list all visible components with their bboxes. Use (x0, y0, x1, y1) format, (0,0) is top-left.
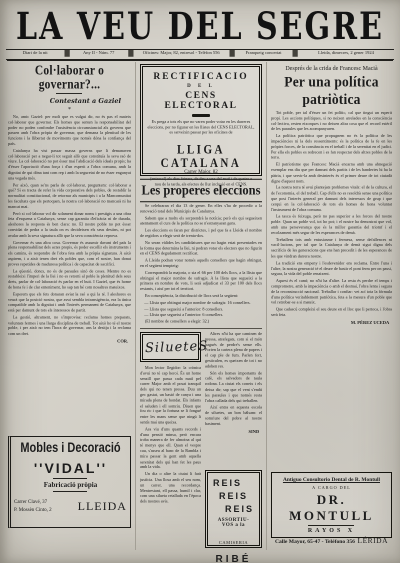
montull-rayos-x: RAYOS X (275, 528, 388, 534)
vidal-ad-address-2: P. Mossèn Cinto, 2 (14, 507, 52, 515)
montull-header: Antiguo Consultorio Dental de R. Montull (275, 477, 388, 483)
divider (308, 525, 354, 526)
dateline-office: Oficines: Major, 82, entresol - Telèfon … (133, 50, 229, 57)
left-article-body: No, amic Gaziel: per molt que es vulgui … (8, 115, 131, 431)
right-article-kicker: Després de la crida de Francesc Macià (271, 66, 392, 72)
masthead: LA VEU DEL SEGRE (0, 0, 400, 39)
siluetes-left-subcolumn: SilueteS Mon lector llegidor: la crònica… (140, 332, 201, 548)
lliga-catalana-name: LLIGA CATALANA (147, 144, 255, 170)
siluetes-right-text: Altres n'hi ha que caminen de pressa, at… (205, 332, 262, 428)
reis-shop-name: RIBÉ (216, 554, 252, 563)
columns: Col·laborar o governar?... Contestant a … (4, 62, 396, 550)
right-article-signature: M. PÉREZ UCEDA (271, 320, 389, 325)
eleccions-closing: (El nombre de consellers a elegir: 32.)P… (140, 320, 262, 325)
rectificacio-body: Es prega a tots els que no varen poder v… (147, 120, 255, 136)
left-article-headline: Col·laborar o governar?... (8, 64, 131, 92)
rectificacio-title: RECTIFICACIO (147, 72, 255, 82)
divider (56, 93, 82, 94)
vidal-ad-line1: Mobles i Decoració (14, 441, 127, 456)
divider (140, 328, 262, 329)
right-column: Després de la crida de Francesc Macià Pe… (267, 62, 396, 550)
left-article-signature: COR. (8, 339, 128, 344)
eleccions-body: Se celebraran el dia 13 de gener. En ell… (140, 204, 262, 325)
left-column: Col·laborar o governar?... Contestant a … (4, 62, 135, 550)
middle-column: RECTIFICACIO D E L CENS ELECTORAL Es pre… (135, 62, 267, 550)
siluetes-left-text: Mon lector llegidor: la crònica d'avui n… (140, 366, 201, 505)
montull-city: LÉRIDA (358, 536, 389, 545)
left-article-kicker: Contestant a Gaziel (8, 97, 131, 105)
dateline-date: Lleida, dimecres, 2 gener 1924 (298, 50, 394, 57)
divider (53, 491, 87, 492)
masthead-title: LA VEU DEL SEGRE (0, 9, 400, 47)
montull-subheader: A CARGO DEL (275, 485, 388, 490)
reis-shop-type: CAMISERIA (219, 540, 248, 545)
rectificacio-del: D E L (147, 84, 255, 89)
vidal-ad-city: LLEIDA (78, 499, 127, 514)
montull-name: DR. MONTULL (275, 492, 388, 524)
eleccions-headline: Les properes eleccions (140, 179, 262, 203)
reis-line-3: REIS (213, 504, 254, 514)
reis-line-1: REIS (213, 478, 254, 488)
dateline: Diari de la nit Any II - Núm. 77 Oficine… (6, 49, 394, 60)
vidal-ad-address: Carrer Clavé, 37 P. Mossèn Cinto, 2 (14, 499, 52, 514)
right-article-body: Tot poble, per tal d'ésser un fet políti… (271, 111, 392, 463)
eleccions-list: — Llista que obtingui major nombre de su… (140, 301, 262, 319)
dateline-postage: Franqueig concertat (234, 50, 292, 57)
siluetes-signature: SIND (205, 429, 259, 434)
newspaper-page: LA VEU DEL SEGRE Diari de la nit Any II … (0, 0, 400, 563)
vidal-ad: Mobles i Decoració ''VIDAL'' Fabricació … (8, 436, 131, 528)
rectificacio-ad: RECTIFICACIO D E L CENS ELECTORAL Es pre… (140, 64, 262, 176)
dateline-issue: Any II - Núm. 77 (70, 50, 128, 57)
asterisk-separator: * (8, 107, 131, 113)
siluetes-right-subcolumn: Altres n'hi ha que caminen de pressa, at… (205, 332, 262, 548)
right-article-headline: Per una política patriòtica (271, 73, 392, 108)
eleccions-paragraphs: Se celebraran el dia 13 de gener. En ell… (140, 204, 262, 300)
vidal-ad-name: ''VIDAL'' (14, 460, 127, 476)
right-article-paragraphs: Tot poble, per tal d'ésser un fet políti… (271, 111, 392, 319)
montull-address: Calle Mayor, 65-47 - Teléfono 356 (275, 539, 355, 545)
siluetes-section: SilueteS Mon lector llegidor: la crònica… (140, 332, 262, 548)
ornament-bar (192, 114, 210, 117)
rectificacio-cens: CENS ELECTORAL (147, 91, 255, 111)
reis-ad: REIS REIS REIS ASSORTIU-VOS a la CAMISER… (205, 470, 262, 548)
montull-ad: Antiguo Consultorio Dental de R. Montull… (271, 472, 392, 538)
lliga-address: Carrer Major, 82 (147, 170, 255, 175)
reis-assortiu-line: ASSORTIU-VOS a la (213, 518, 254, 528)
vidal-ad-tagline: Fabricació pròpia (14, 481, 127, 489)
siluetes-title: SilueteS (145, 339, 209, 356)
divider (53, 478, 87, 479)
siluetes-title-box: SilueteS (140, 332, 201, 362)
left-article-paragraphs: No, amic Gaziel: per molt que es vulgui … (8, 115, 131, 338)
dateline-edition: Diari de la nit (6, 50, 64, 57)
reis-line-2: REIS (213, 491, 254, 501)
vidal-ad-address-1: Carrer Clavé, 37 (14, 499, 52, 507)
